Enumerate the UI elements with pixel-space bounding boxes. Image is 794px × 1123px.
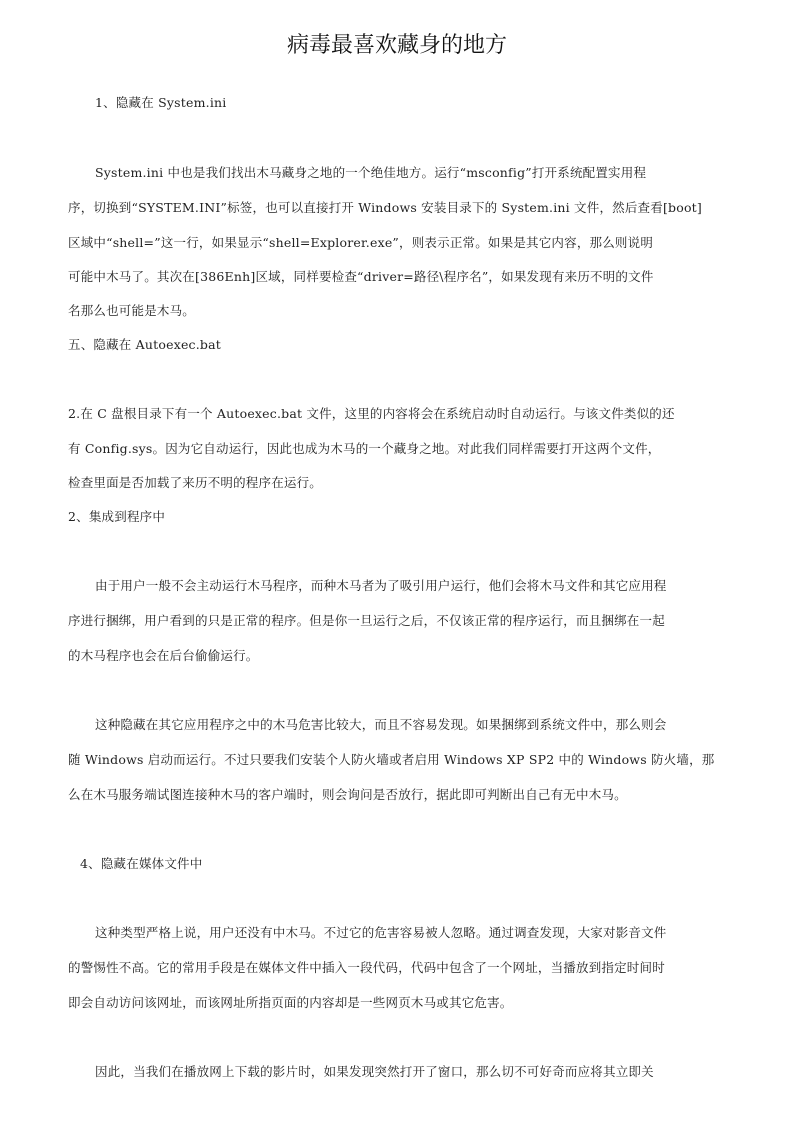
paragraph-line: 即会自动访问该网址，而该网址所指页面的内容却是一些网页木马或其它危害。	[68, 994, 732, 1012]
paragraph-line: 随 Windows 启动而运行。不过只要我们安装个人防火墙或者启用 Window…	[68, 751, 732, 769]
paragraph-line: 检查里面是否加载了来历不明的程序在运行。	[68, 474, 732, 492]
paragraph-line: 区域中“shell=”这一行，如果显示“shell=Explorer.exe”，…	[68, 234, 732, 252]
section-heading-autoexec: 五、隐藏在 Autoexec.bat	[68, 336, 732, 354]
section-heading-media: 4、隐藏在媒体文件中	[80, 855, 744, 873]
paragraph-line: 的警惕性不高。它的常用手段是在媒体文件中插入一段代码，代码中包含了一个网址，当播…	[68, 959, 732, 977]
paragraph-line: 这种隐藏在其它应用程序之中的木马危害比较大，而且不容易发现。如果捆绑到系统文件中…	[95, 716, 732, 734]
document-page: 病毒最喜欢藏身的地方 1、隐藏在 System.ini System.ini 中…	[0, 0, 794, 1123]
paragraph-line: 这种类型严格上说，用户还没有中木马。不过它的危害容易被人忽略。通过调查发现，大家…	[95, 924, 732, 942]
paragraph-line: 由于用户一般不会主动运行木马程序，而种木马者为了吸引用户运行，他们会将木马文件和…	[95, 577, 732, 595]
paragraph-line: System.ini 中也是我们找出木马藏身之地的一个绝佳地方。运行“mscon…	[95, 164, 732, 182]
paragraph-line: 可能中木马了。其次在[386Enh]区域，同样要检查“driver=路径\程序名…	[68, 268, 732, 286]
paragraph-line: 么在木马服务端试图连接种木马的客户端时，则会询问是否放行，据此即可判断出自己有无…	[68, 786, 732, 804]
paragraph-line: 名那么也可能是木马。	[68, 302, 732, 320]
paragraph-line: 因此，当我们在播放网上下载的影片时，如果发现突然打开了窗口，那么切不可好奇而应将…	[95, 1063, 732, 1081]
section-heading-bundled: 2、集成到程序中	[68, 508, 732, 526]
paragraph-line: 序，切换到“SYSTEM.INI”标签，也可以直接打开 Windows 安装目录…	[68, 199, 732, 217]
paragraph-line: 的木马程序也会在后台偷偷运行。	[68, 647, 732, 665]
paragraph-line: 有 Config.sys。因为它自动运行，因此也成为木马的一个藏身之地。对此我们…	[68, 440, 732, 458]
paragraph-line: 序进行捆绑，用户看到的只是正常的程序。但是你一旦运行之后，不仅该正常的程序运行，…	[68, 612, 732, 630]
section-heading-system-ini: 1、隐藏在 System.ini	[95, 94, 759, 112]
document-title: 病毒最喜欢藏身的地方	[0, 30, 794, 62]
paragraph-line: 2.在 C 盘根目录下有一个 Autoexec.bat 文件，这里的内容将会在系…	[68, 405, 732, 423]
